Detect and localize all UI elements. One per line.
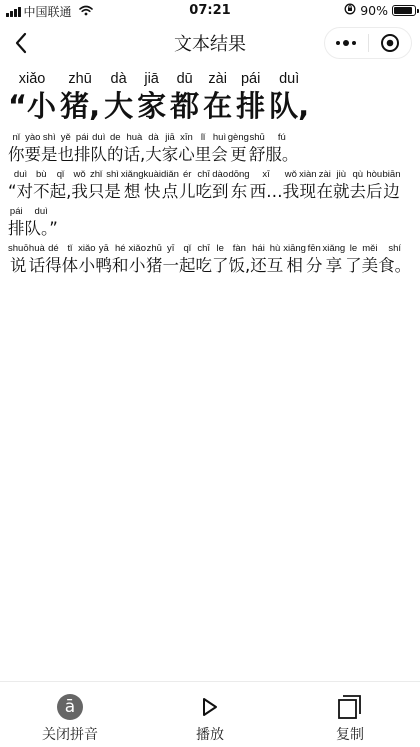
- hanzi-character: 队: [91, 144, 108, 165]
- pinyin-annotation: hái: [252, 243, 265, 255]
- pinyin-annotation: xīn: [180, 132, 193, 144]
- pinyin-annotation: kuài: [144, 169, 161, 181]
- pinyin-token: shuō说: [8, 243, 29, 276]
- pinyin-annotation: le: [350, 243, 357, 255]
- hanzi-character: 说: [10, 255, 27, 276]
- pinyin-token: ér儿: [179, 169, 196, 202]
- pinyin-token: huì会: [211, 132, 228, 165]
- hanzi-character: 了: [345, 255, 362, 276]
- hanzi-character: 排: [236, 88, 265, 124]
- pinyin-token: xī西…: [250, 169, 283, 202]
- hanzi-character: 话: [29, 255, 46, 276]
- pinyin-token: yī一: [162, 243, 179, 276]
- pinyin-annotation: měi: [362, 243, 377, 255]
- pinyin-token: jiā家: [137, 66, 166, 124]
- hanzi-character: 体: [62, 255, 79, 276]
- hanzi-character: 想: [124, 181, 141, 202]
- hanzi-character: 东: [231, 181, 248, 202]
- hanzi-character: 会: [211, 144, 228, 165]
- pinyin-token: huà话: [29, 243, 46, 276]
- pinyin-annotation: dé: [48, 243, 59, 255]
- target-circle-icon: [380, 33, 400, 53]
- pinyin-token: dé得: [45, 243, 62, 276]
- pinyin-annotation: duì: [92, 132, 105, 144]
- pinyin-token: qǐ起,: [50, 169, 72, 202]
- pinyin-token: dū都: [170, 66, 199, 124]
- pinyin-annotation: qǐ: [184, 243, 191, 255]
- pinyin-annotation: hé: [115, 243, 126, 255]
- hanzi-character: 大: [104, 88, 133, 124]
- pinyin-annotation: yā: [99, 243, 109, 255]
- pinyin-annotation: pái: [76, 132, 89, 144]
- pinyin-token: duì“对: [8, 169, 33, 202]
- hanzi-character: 享: [326, 255, 343, 276]
- pinyin-annotation: qǐ: [57, 169, 64, 181]
- nav-bar: 文本结果: [0, 22, 420, 64]
- hanzi-character: 里: [195, 144, 212, 165]
- pinyin-token: kuài快: [144, 169, 161, 202]
- pinyin-annotation: shuō: [8, 243, 29, 255]
- hanzi-character: 你: [8, 144, 25, 165]
- pinyin-annotation: qù: [352, 169, 363, 181]
- hanzi-character: 要: [25, 144, 42, 165]
- more-dots-icon: [335, 39, 357, 47]
- pinyin-annotation: xiǎo: [19, 70, 46, 88]
- pinyin-token: yā鸭: [96, 243, 113, 276]
- copy-label: 复制: [336, 724, 364, 744]
- pinyin-token: pái排: [8, 206, 25, 239]
- pinyin-annotation: duì: [279, 70, 299, 88]
- hanzi-character: 饭,: [228, 255, 250, 276]
- pinyin-annotation: zhǐ: [90, 169, 102, 181]
- toggle-pinyin-label: 关闭拼音: [42, 724, 98, 744]
- pinyin-token: diǎn点: [161, 169, 179, 202]
- pinyin-annotation: pái: [10, 206, 23, 218]
- pinyin-token: wǒ我: [71, 169, 88, 202]
- pinyin-annotation: fú: [278, 132, 286, 144]
- hanzi-character: 起: [179, 255, 196, 276]
- hanzi-character: 我: [283, 181, 300, 202]
- pinyin-annotation: pái: [241, 70, 260, 88]
- pinyin-token: shū舒: [249, 132, 266, 165]
- pinyin-annotation: dōng: [228, 169, 249, 181]
- pinyin-annotation: shì: [43, 132, 56, 144]
- paragraph-1: nǐ你yào要shì是yě也pái排duì队de的huà话,dà大jiā家xīn…: [8, 128, 416, 165]
- pinyin-annotation: zhū: [68, 70, 91, 88]
- pinyin-annotation: xī: [262, 169, 269, 181]
- pinyin-annotation: tǐ: [67, 243, 72, 255]
- paragraph-2: duì“对bù不qǐ起,wǒ我zhǐ只shì是xiǎng想kuài快diǎn点é…: [8, 165, 416, 239]
- bottom-toolbar: ā 关闭拼音 播放 复制: [0, 681, 420, 747]
- play-button[interactable]: 播放: [140, 682, 280, 747]
- pinyin-token: huà话,: [124, 132, 146, 165]
- hanzi-character: 快: [144, 181, 161, 202]
- pinyin-annotation: dà: [111, 70, 127, 88]
- pinyin-annotation: yào: [25, 132, 40, 144]
- status-bar: 中国联通 07:21 90%: [0, 0, 420, 22]
- hanzi-character: 猪: [146, 255, 163, 276]
- pinyin-token: shì是: [104, 169, 121, 202]
- pinyin-token: bù不: [33, 169, 50, 202]
- hanzi-character: 去: [350, 181, 367, 202]
- pinyin-token: duì队。”: [25, 206, 58, 239]
- hanzi-character: 吃: [195, 181, 212, 202]
- battery-percent: 90%: [360, 3, 388, 18]
- pinyin-annotation: hù: [270, 243, 281, 255]
- hanzi-character: 猪,: [60, 88, 100, 124]
- hanzi-character: 大: [145, 144, 162, 165]
- pinyin-token: pái排: [236, 66, 265, 124]
- more-button[interactable]: [325, 28, 368, 58]
- orientation-lock-icon: [344, 3, 356, 18]
- pinyin-token: chī吃: [195, 243, 212, 276]
- pinyin-annotation: diǎn: [161, 169, 179, 181]
- pinyin-text-content: xiǎo“小zhū猪,dà大jiā家dū都zài在pái排duì队, nǐ你yà…: [8, 66, 416, 276]
- pinyin-annotation: huà: [29, 243, 45, 255]
- hanzi-character: 鸭: [96, 255, 113, 276]
- hanzi-character: 队,: [269, 88, 309, 124]
- pinyin-annotation: xiǎng: [322, 243, 345, 255]
- pinyin-token: le了: [345, 243, 362, 276]
- status-right: 90%: [344, 3, 416, 18]
- pinyin-annotation: nǐ: [13, 132, 20, 144]
- title-paragraph: xiǎo“小zhū猪,dà大jiā家dū都zài在pái排duì队,: [8, 66, 416, 124]
- pinyin-token: jiù就: [333, 169, 350, 202]
- pinyin-token: yě也: [58, 132, 75, 165]
- hanzi-character: 西…: [250, 181, 283, 202]
- pinyin-token: shì是: [41, 132, 58, 165]
- pinyin-annotation: huà: [126, 132, 142, 144]
- pinyin-token: hù互: [267, 243, 284, 276]
- pinyin-annotation: de: [110, 132, 121, 144]
- mini-program-capsule: [324, 27, 412, 59]
- pinyin-token: zhǐ只: [88, 169, 105, 202]
- hanzi-character: 吃: [195, 255, 212, 276]
- pinyin-annotation: wǒ: [285, 169, 297, 181]
- pinyin-token: xiǎo“小: [8, 66, 56, 124]
- pinyin-token: xiǎo小: [78, 243, 95, 276]
- pinyin-token: hái还: [250, 243, 267, 276]
- pinyin-token: xiǎng享: [322, 243, 345, 276]
- hanzi-character: 互: [267, 255, 284, 276]
- paragraph-3: shuō说huà话dé得tǐ体xiǎo小yā鸭hé和xiǎo小zhū猪yī一qǐ…: [8, 239, 416, 276]
- copy-icon: [337, 694, 363, 720]
- hanzi-character: 排: [8, 218, 25, 239]
- hanzi-character: 在: [203, 88, 232, 124]
- pinyin-token: fú服。: [265, 132, 298, 165]
- pinyin-token: xīn心: [178, 132, 195, 165]
- hanzi-character: 小: [79, 255, 96, 276]
- hanzi-character: 相: [286, 255, 303, 276]
- pinyin-token: zhū猪,: [60, 66, 100, 124]
- pinyin-annotation: dà: [148, 132, 159, 144]
- hanzi-character: 食。: [378, 255, 411, 276]
- hanzi-character: 起,: [50, 181, 72, 202]
- pinyin-annotation: xiāng: [283, 243, 306, 255]
- hanzi-character: 分: [306, 255, 323, 276]
- pinyin-annotation: hòu: [366, 169, 382, 181]
- hanzi-character: 还: [250, 255, 267, 276]
- pinyin-token: zài在: [317, 169, 334, 202]
- pinyin-token: yào要: [25, 132, 42, 165]
- pinyin-annotation: xiàn: [299, 169, 316, 181]
- battery-icon: [392, 5, 416, 16]
- pinyin-annotation: biān: [383, 169, 401, 181]
- pinyin-token: chī吃: [195, 169, 212, 202]
- pinyin-token: shí食。: [378, 243, 411, 276]
- pinyin-token: gèng更: [228, 132, 249, 165]
- pinyin-annotation: le: [217, 243, 224, 255]
- hanzi-character: 都: [170, 88, 199, 124]
- hanzi-character: 我: [71, 181, 88, 202]
- pinyin-annotation: dào: [212, 169, 228, 181]
- pinyin-annotation: zhū: [147, 243, 162, 255]
- play-icon: [201, 696, 219, 718]
- hanzi-character: 一: [162, 255, 179, 276]
- pinyin-token: wǒ我: [283, 169, 300, 202]
- pinyin-annotation: huì: [213, 132, 226, 144]
- hanzi-character: 的: [107, 144, 124, 165]
- hanzi-character: 家: [137, 88, 166, 124]
- toggle-pinyin-button[interactable]: ā 关闭拼音: [0, 682, 140, 747]
- pinyin-annotation: jiù: [337, 169, 347, 181]
- pinyin-token: xiǎo小: [129, 243, 146, 276]
- pinyin-token: duì队,: [269, 66, 309, 124]
- pinyin-token: xiàn现: [299, 169, 316, 202]
- pinyin-token: jiā家: [162, 132, 179, 165]
- pinyin-annotation: shí: [388, 243, 401, 255]
- hanzi-character: 后: [366, 181, 383, 202]
- pinyin-token: fàn饭,: [228, 243, 250, 276]
- pinyin-annotation: chī: [197, 243, 210, 255]
- pinyin-token: hòu后: [366, 169, 383, 202]
- pinyin-annotation: wǒ: [73, 169, 85, 181]
- pinyin-token: zài在: [203, 66, 232, 124]
- pinyin-token: tǐ体: [62, 243, 79, 276]
- pinyin-annotation: yě: [61, 132, 71, 144]
- hanzi-character: 不: [33, 181, 50, 202]
- pinyin-annotation: lǐ: [201, 132, 205, 144]
- hanzi-character: 点: [162, 181, 179, 202]
- pinyin-annotation: ér: [183, 169, 191, 181]
- pinyin-token: nǐ你: [8, 132, 25, 165]
- hanzi-character: 得: [45, 255, 62, 276]
- hanzi-character: 了: [212, 255, 229, 276]
- pinyin-token: de的: [107, 132, 124, 165]
- pinyin-token: xiǎng想: [121, 169, 144, 202]
- play-label: 播放: [196, 724, 224, 744]
- hanzi-character: 是: [41, 144, 58, 165]
- pinyin-annotation: jiā: [144, 70, 159, 88]
- hanzi-character: 美: [362, 255, 379, 276]
- pinyin-annotation: chī: [197, 169, 210, 181]
- pinyin-annotation: shì: [106, 169, 119, 181]
- close-mini-program-button[interactable]: [369, 28, 412, 58]
- pinyin-token: zhū猪: [146, 243, 163, 276]
- pinyin-token: dōng东: [228, 169, 249, 202]
- pinyin-annotation: gèng: [228, 132, 249, 144]
- hanzi-character: 舒: [249, 144, 266, 165]
- hanzi-character: 在: [317, 181, 334, 202]
- pinyin-token: dào到: [212, 169, 229, 202]
- hanzi-character: “小: [8, 88, 56, 124]
- pinyin-annotation: xiǎo: [129, 243, 146, 255]
- pinyin-annotation: zài: [208, 70, 227, 88]
- hanzi-character: 只: [88, 181, 105, 202]
- pinyin-annotation: yī: [167, 243, 174, 255]
- copy-button[interactable]: 复制: [280, 682, 420, 747]
- pinyin-annotation: bù: [36, 169, 47, 181]
- pinyin-token: pái排: [74, 132, 91, 165]
- pinyin-token: duì队: [91, 132, 108, 165]
- hanzi-character: 排: [74, 144, 91, 165]
- pinyin-toggle-icon: ā: [57, 694, 83, 720]
- pinyin-annotation: xiǎng: [121, 169, 144, 181]
- pinyin-token: dà大: [104, 66, 133, 124]
- pinyin-annotation: jiā: [165, 132, 175, 144]
- hanzi-character: 队。”: [25, 218, 58, 239]
- hanzi-character: 也: [58, 144, 75, 165]
- pinyin-token: fēn分: [306, 243, 323, 276]
- pinyin-token: qǐ起: [179, 243, 196, 276]
- pinyin-annotation: zài: [319, 169, 331, 181]
- hanzi-character: 话,: [124, 144, 146, 165]
- hanzi-character: 到: [212, 181, 229, 202]
- pinyin-annotation: duì: [14, 169, 27, 181]
- hanzi-character: 是: [104, 181, 121, 202]
- hanzi-character: 更: [230, 144, 247, 165]
- hanzi-character: 和: [112, 255, 129, 276]
- pinyin-token: hé和: [112, 243, 129, 276]
- pinyin-token: lǐ里: [195, 132, 212, 165]
- hanzi-character: 现: [300, 181, 317, 202]
- pinyin-annotation: fēn: [308, 243, 321, 255]
- hanzi-character: 边: [383, 181, 400, 202]
- pinyin-annotation: duì: [35, 206, 48, 218]
- pinyin-annotation: shū: [249, 132, 264, 144]
- pinyin-token: qù去: [350, 169, 367, 202]
- pinyin-token: biān边: [383, 169, 401, 202]
- hanzi-character: 小: [129, 255, 146, 276]
- pinyin-annotation: xiǎo: [78, 243, 95, 255]
- hanzi-character: 心: [178, 144, 195, 165]
- hanzi-character: 服。: [265, 144, 298, 165]
- hanzi-character: 家: [162, 144, 179, 165]
- pinyin-annotation: fàn: [233, 243, 246, 255]
- pinyin-annotation: dū: [177, 70, 193, 88]
- pinyin-token: xiāng相: [283, 243, 306, 276]
- hanzi-character: “对: [8, 181, 33, 202]
- pinyin-token: le了: [212, 243, 229, 276]
- hanzi-character: 儿: [179, 181, 196, 202]
- pinyin-token: měi美: [362, 243, 379, 276]
- pinyin-token: dà大: [145, 132, 162, 165]
- hanzi-character: 就: [333, 181, 350, 202]
